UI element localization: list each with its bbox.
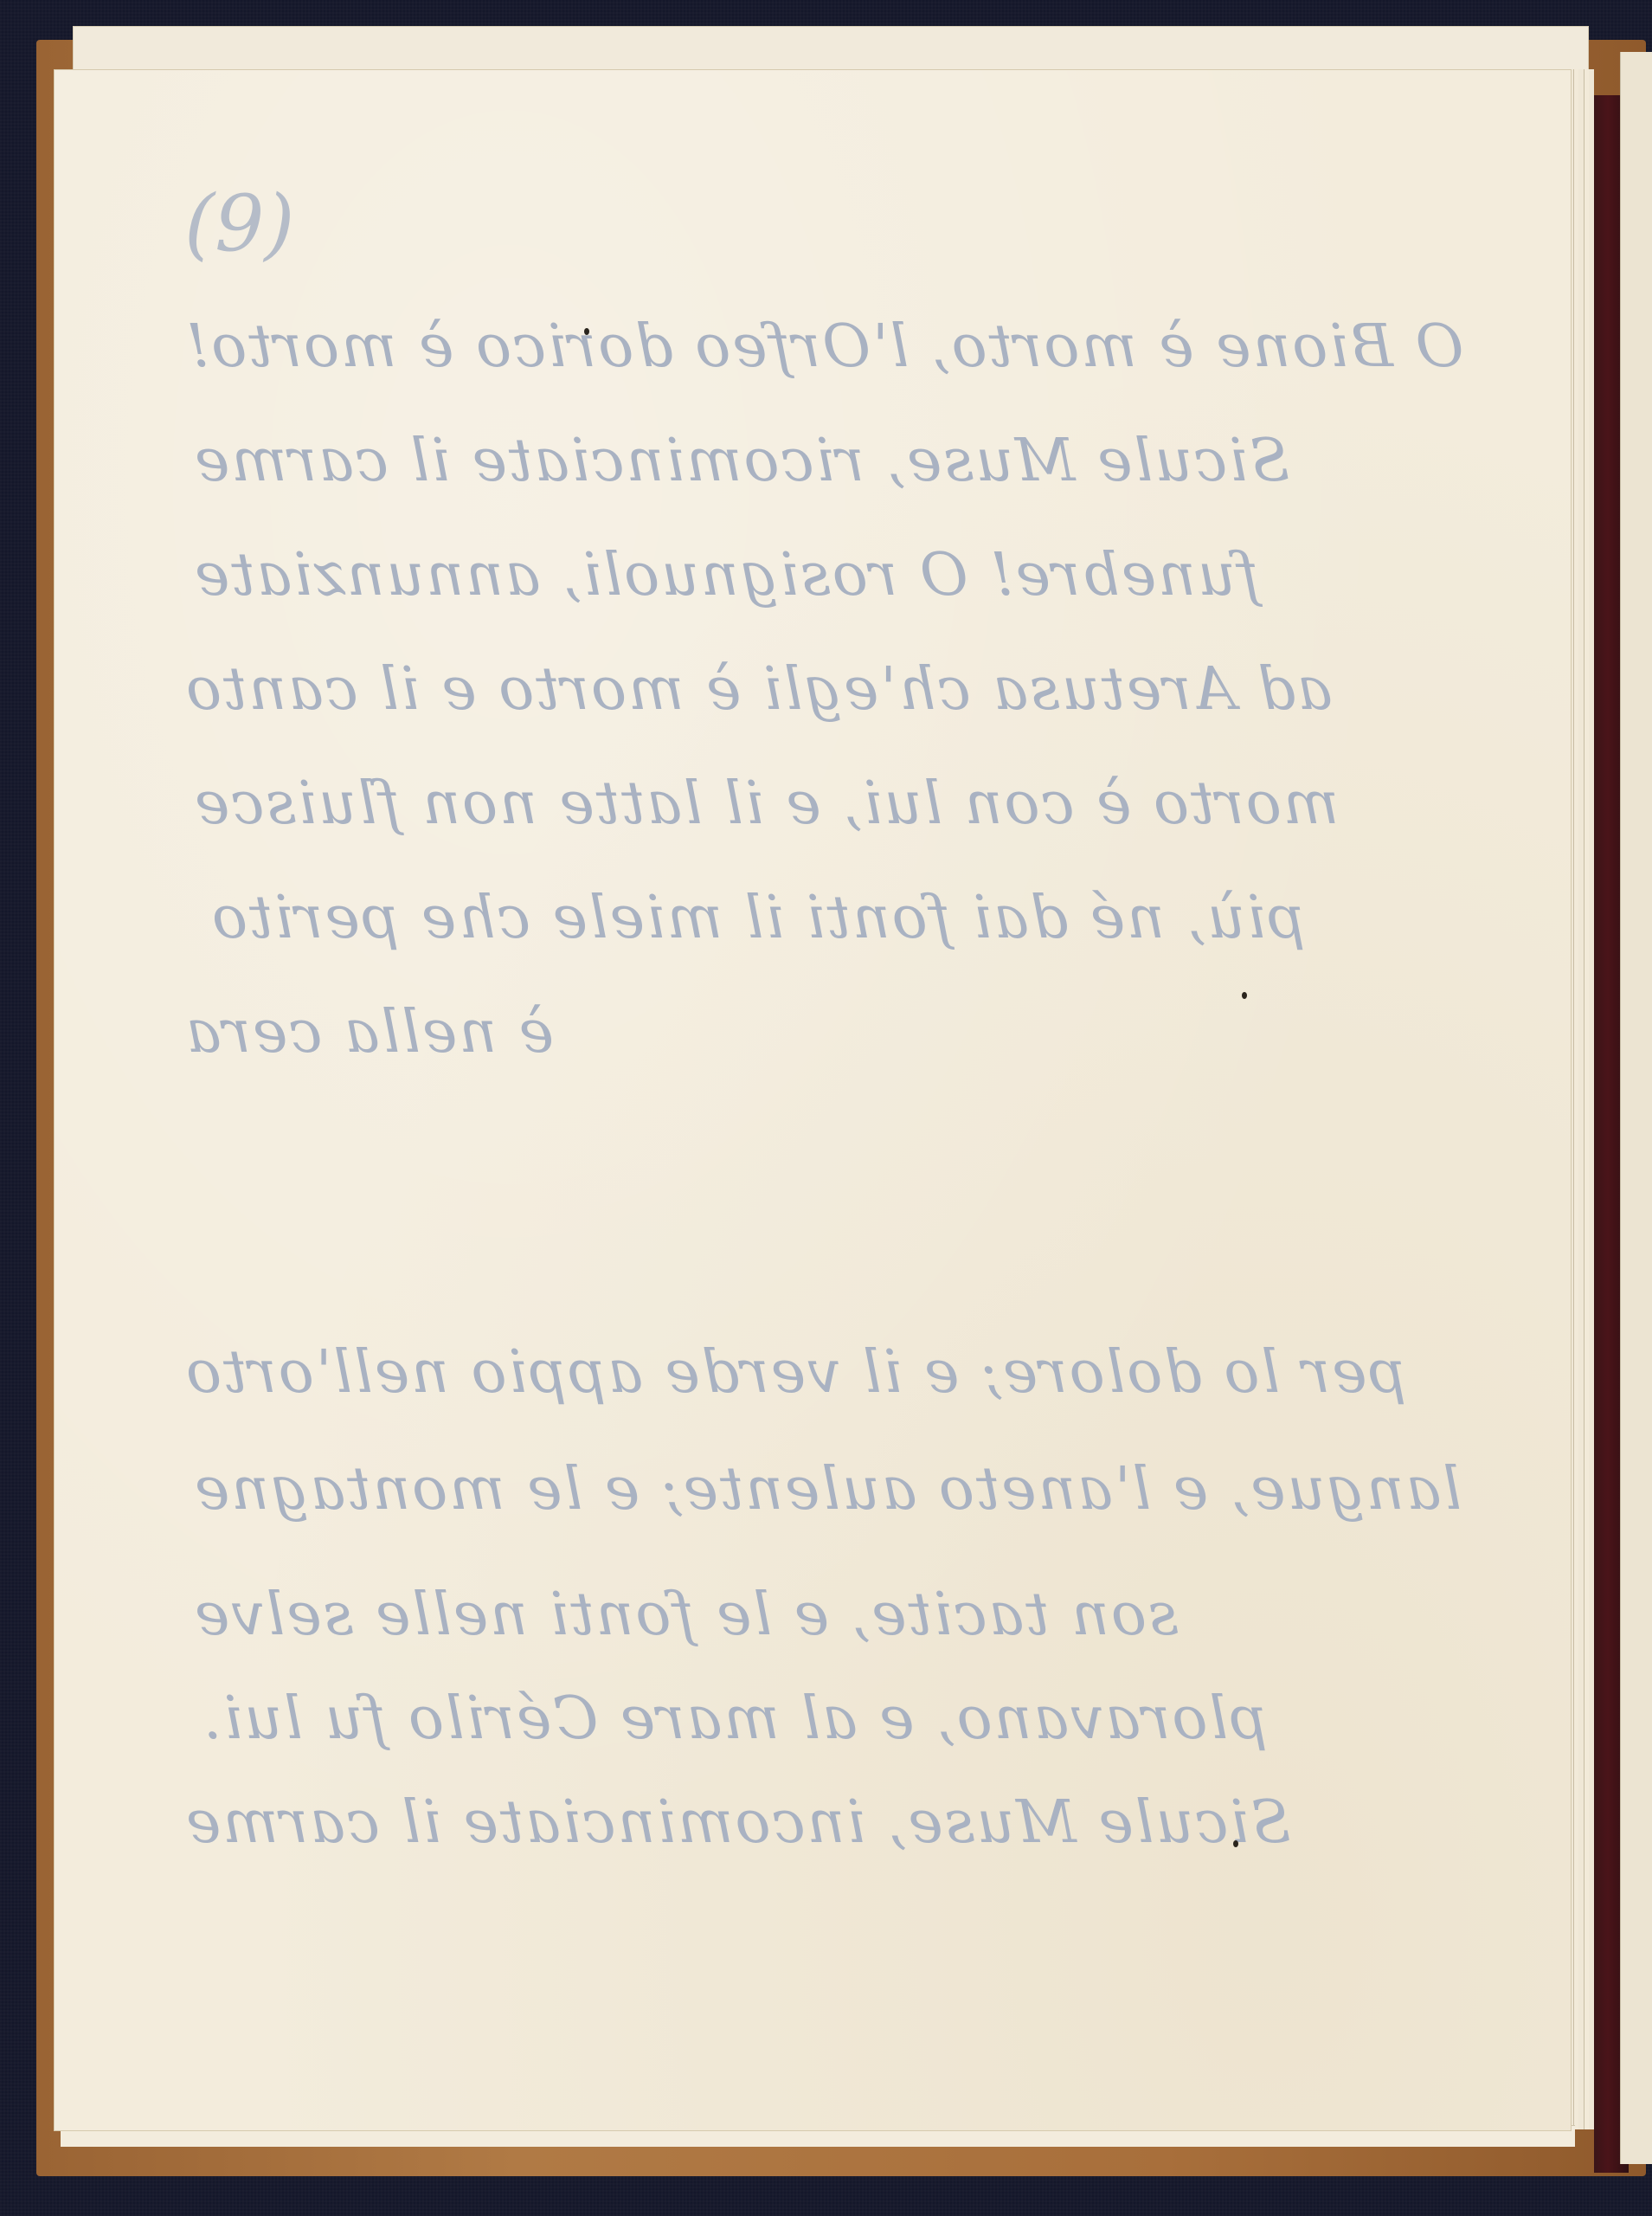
text-line: ploravano, e al mare Cérilo fu lui.: [202, 1685, 1268, 1753]
text-line: morto è con lui, e il latte non fluisce: [193, 770, 1339, 838]
ink-speck: [584, 328, 589, 335]
text-line: O Bione è morto, l'Orfeo dorico è morto!: [184, 312, 1463, 381]
manuscript-page: (9) O Bione è morto, l'Orfeo dorico è mo…: [54, 69, 1572, 2131]
facing-page-edge: [1620, 52, 1652, 2164]
ink-speck: [1233, 1840, 1238, 1847]
text-line: langue, e l'aneto aulente; e le montagne: [193, 1455, 1462, 1523]
ink-speck: [1242, 992, 1247, 999]
text-line: son tacite, e le fonti nelle selve: [193, 1581, 1179, 1649]
text-line: è nella cera: [184, 998, 554, 1066]
text-line: per lo dolore; e il verde appio nell'ort…: [184, 1338, 1406, 1407]
text-line: Sicule Muse, ricominciate il carme: [193, 427, 1289, 495]
text-line: ad Aretusa ch'egli è morto e il canto: [184, 655, 1333, 724]
text-line: più, né dai fonti il miele che perito: [210, 884, 1305, 952]
text-line: funebre! O rosignuoli, annunziate: [193, 541, 1259, 609]
text-line: Sicule Muse, incominciate il carme: [184, 1788, 1291, 1857]
page-number: (9): [184, 178, 295, 269]
